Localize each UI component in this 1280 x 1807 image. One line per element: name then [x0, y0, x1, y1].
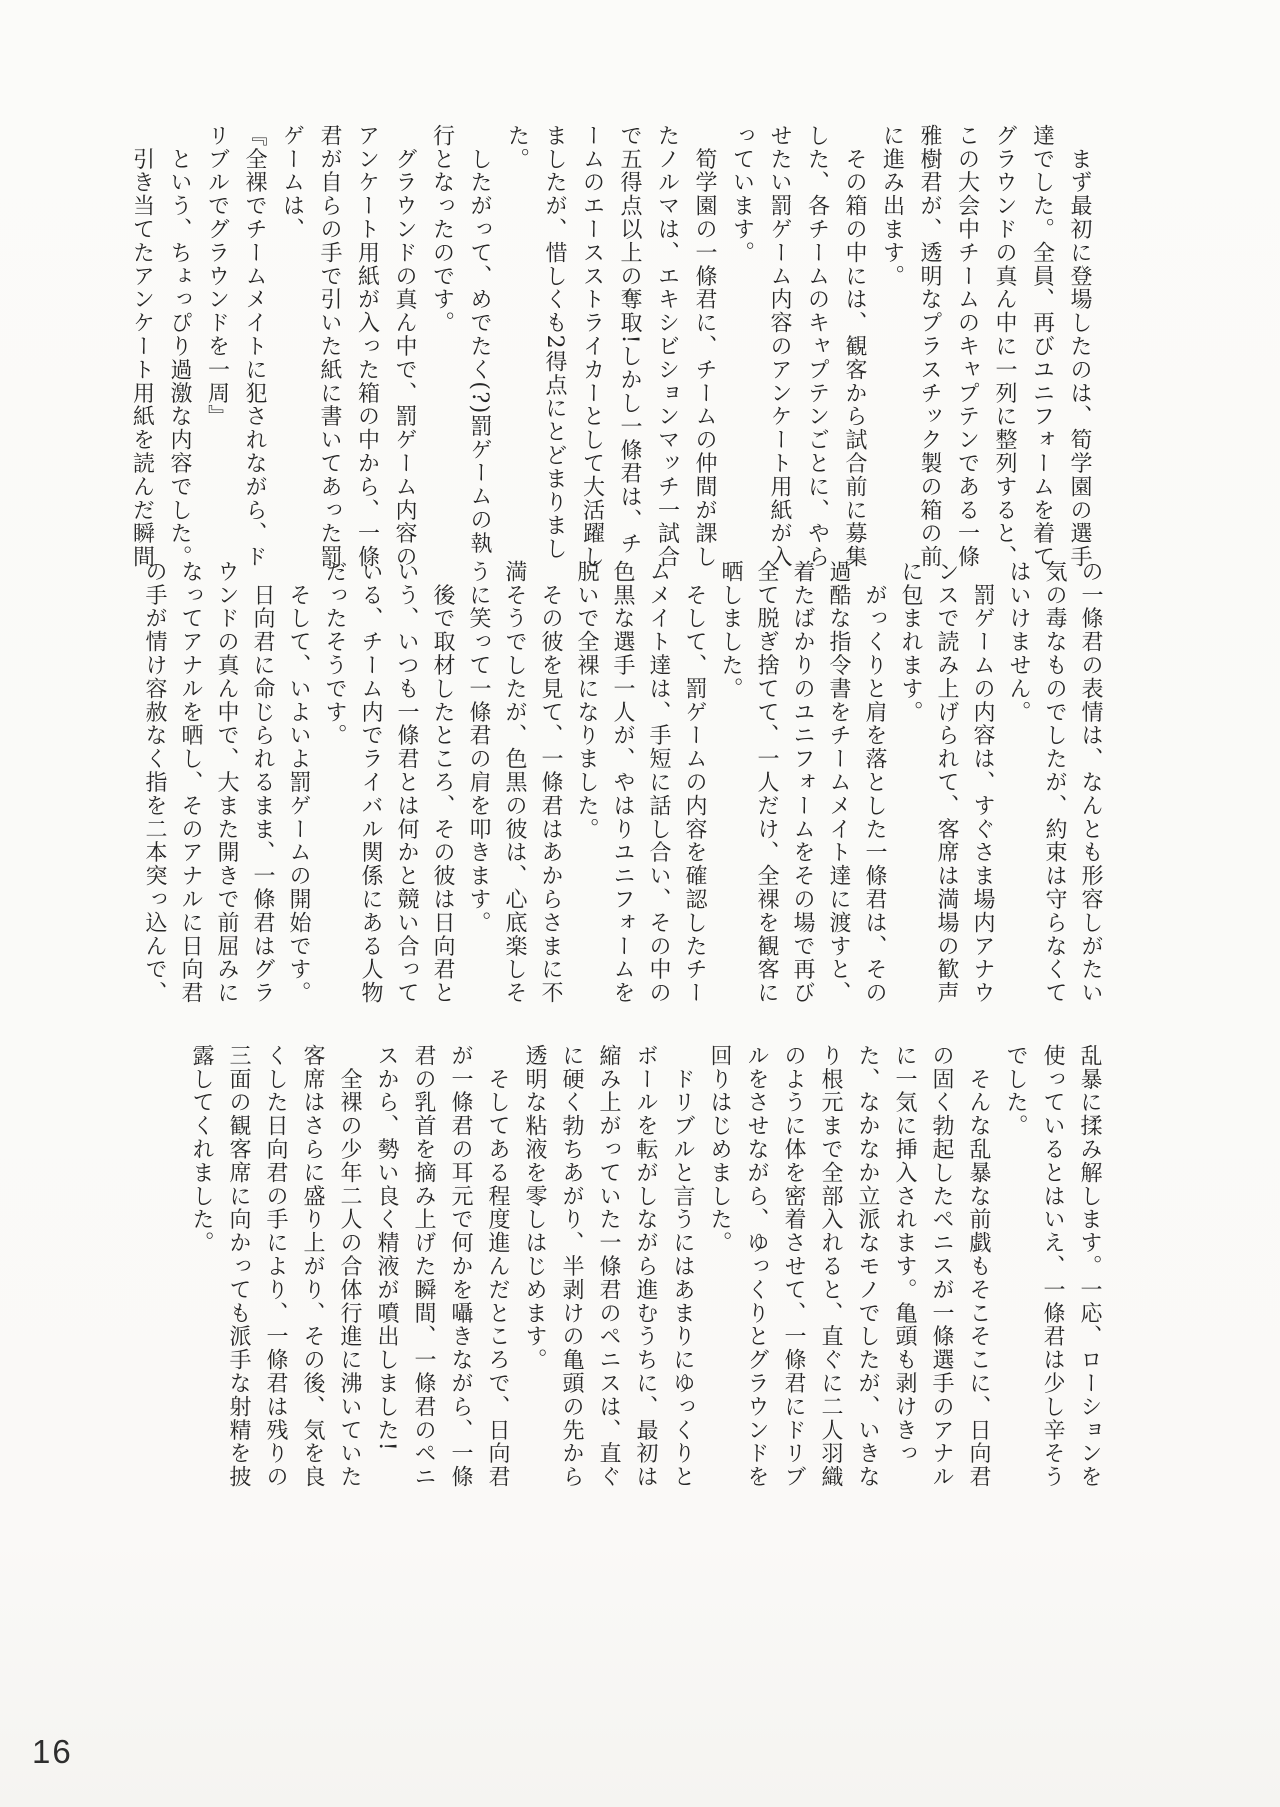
page-number: 16	[32, 1733, 73, 1771]
paragraph: 乱暴に揉み解します。一応、ローションを使っているとはいえ、一條君は少し辛そうでし…	[997, 1044, 1108, 1494]
text-block-top: まず最初に登場したのは、筍学園の選手達でした。全員、再びユニフォームを着てグラウ…	[108, 124, 1098, 571]
paragraph: まず最初に登場したのは、筍学園の選手達でした。全員、再びユニフォームを着てグラウ…	[873, 124, 1098, 571]
paragraph: グラウンドの真ん中で、罰ゲーム内容のアンケート用紙が入った箱の中から、一條君が自…	[273, 124, 423, 571]
paragraph: 引き当てたアンケート用紙を読んだ瞬間	[123, 124, 161, 571]
paragraph: 筍学園の一條君に、チームの仲間が課したノルマは、エキシビションマッチ一試合で五得…	[498, 124, 723, 571]
paragraph: 全裸の少年二人の合体行進に沸いていた客席はさらに盛り上がり、その後、気を良くした…	[183, 1044, 368, 1494]
paragraph: 日向君に命じられるまま、一條君はグラウンドの真ん中で、大また開きで前屈みになって…	[136, 560, 280, 1009]
paragraph: ドリブルと言うにはあまりにゆっくりとボールを転がしながら進むうちに、最初は縮み上…	[516, 1044, 701, 1494]
paragraph: 後で取材したところ、その彼は日向君という、いつも一條君とは何かと競い合っている、…	[316, 560, 460, 1009]
paragraph: そして、罰ゲームの内容を確認したチームメイト達は、手短に話し合い、その中の色黒な…	[568, 560, 712, 1009]
paragraph: そんな乱暴な前戯もそこそこに、日向君の固く勃起したペニスが一條選手のアナルに一気…	[701, 1044, 997, 1494]
paragraph: 罰ゲームの内容は、すぐさま場内アナウンスで読み上げられて、客席は満場の歓声に包ま…	[892, 560, 1000, 1009]
paragraph: その彼を見て、一條君はあからさまに不満そうでしたが、色黒の彼は、心底楽しそうに笑…	[460, 560, 568, 1009]
paragraph-quote: 『全裸でチームメイトに犯されながら、ドリブルでグラウンドを一周』	[198, 124, 273, 571]
paragraph: という、ちょっぴり過激な内容でした。	[161, 124, 199, 571]
text-block-middle: の一條君の表情は、なんとも形容しがたい気の毒なものでしたが、約束は守らなくてはい…	[118, 560, 1108, 1009]
paragraph: その箱の中には、観客から試合前に募集した、各チームのキャプテンごとに、やらせたい…	[723, 124, 873, 571]
paragraph: そして、いよいよ罰ゲームの開始です。	[280, 560, 316, 1009]
paragraph: したがって、めでたく(?)罰ゲームの執行となったのです。	[423, 124, 498, 571]
paragraph: の一條君の表情は、なんとも形容しがたい気の毒なものでしたが、約束は守らなくてはい…	[1000, 560, 1108, 1009]
paragraph: がっくりと肩を落とした一條君は、その過酷な指令書をチームメイト達に渡すと、着たば…	[712, 560, 892, 1009]
text-block-bottom: 乱暴に揉み解します。一応、ローションを使っているとはいえ、一條君は少し辛そうでし…	[168, 1044, 1108, 1494]
paragraph: そしてある程度進んだところで、日向君が一條君の耳元で何かを囁きながら、一條君の乳…	[368, 1044, 516, 1494]
